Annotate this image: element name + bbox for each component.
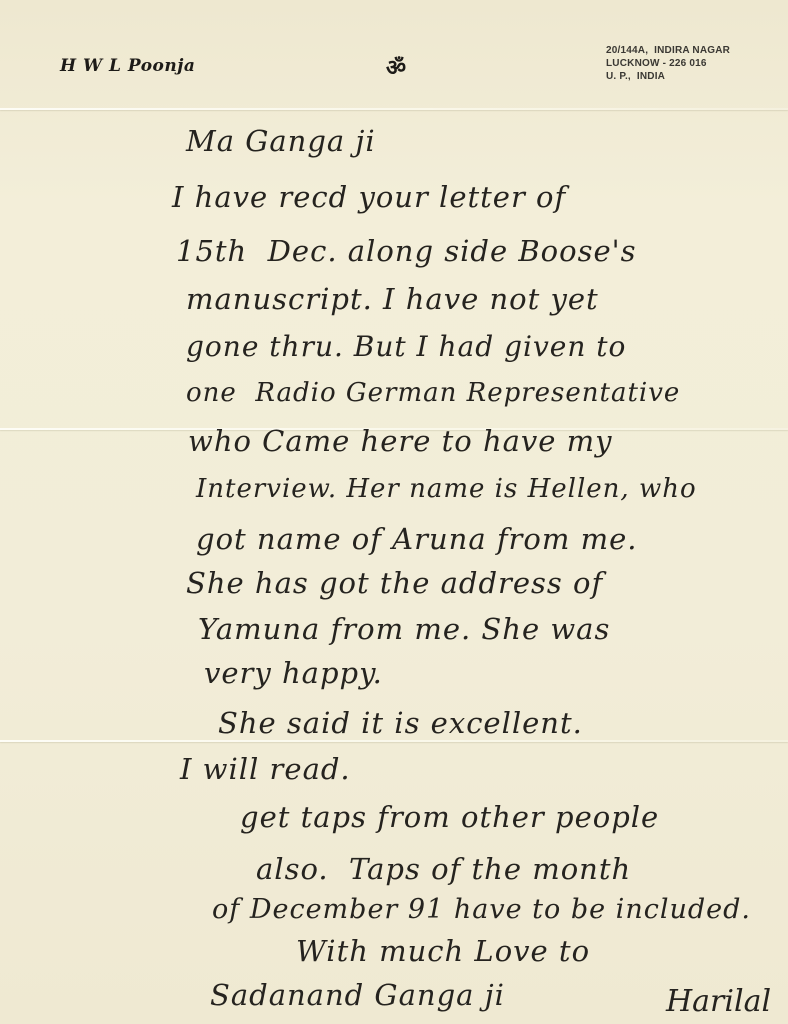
- signature: Harilal: [666, 984, 771, 1019]
- letter-line: 15th Dec. along side Boose's: [176, 234, 636, 268]
- closing-line: Sadanand Ganga ji: [210, 978, 505, 1012]
- letter-line: get taps from other people: [240, 800, 659, 834]
- paper-fold-crease: [0, 108, 788, 110]
- letter-line: She has got the address of: [186, 566, 603, 600]
- letter-line: who Came here to have my: [188, 424, 613, 458]
- letter-line: of December 91 have to be included.: [212, 894, 751, 925]
- letter-line: gone thru. But I had given to: [186, 330, 626, 363]
- letter-line: got name of Aruna from me.: [196, 522, 637, 556]
- letter-line: one Radio German Representative: [186, 378, 680, 408]
- paper-fold-crease: [0, 740, 788, 742]
- letterhead-name: H W L Poonja: [60, 56, 195, 76]
- letter-line: also. Taps of the month: [256, 852, 631, 886]
- address-line-3: U. P., INDIA: [606, 70, 730, 83]
- letter-line: Interview. Her name is Hellen, who: [196, 474, 697, 504]
- letter-page: H W L Poonja ॐ 20/144A, INDIRA NAGAR LUC…: [0, 0, 788, 1024]
- letterhead-address: 20/144A, INDIRA NAGAR LUCKNOW - 226 016 …: [606, 44, 730, 83]
- letter-line: Yamuna from me. She was: [198, 612, 610, 646]
- address-line-1: 20/144A, INDIRA NAGAR: [606, 44, 730, 57]
- letter-line: I have recd your letter of: [172, 180, 566, 214]
- salutation: Ma Ganga ji: [186, 124, 376, 158]
- letter-line: I will read.: [180, 752, 351, 786]
- address-line-2: LUCKNOW - 226 016: [606, 57, 730, 70]
- letter-line: She said it is excellent.: [218, 706, 583, 740]
- closing-line: With much Love to: [296, 934, 590, 968]
- letter-line: very happy.: [204, 656, 383, 690]
- letter-line: manuscript. I have not yet: [186, 282, 599, 316]
- om-icon: ॐ: [386, 52, 406, 82]
